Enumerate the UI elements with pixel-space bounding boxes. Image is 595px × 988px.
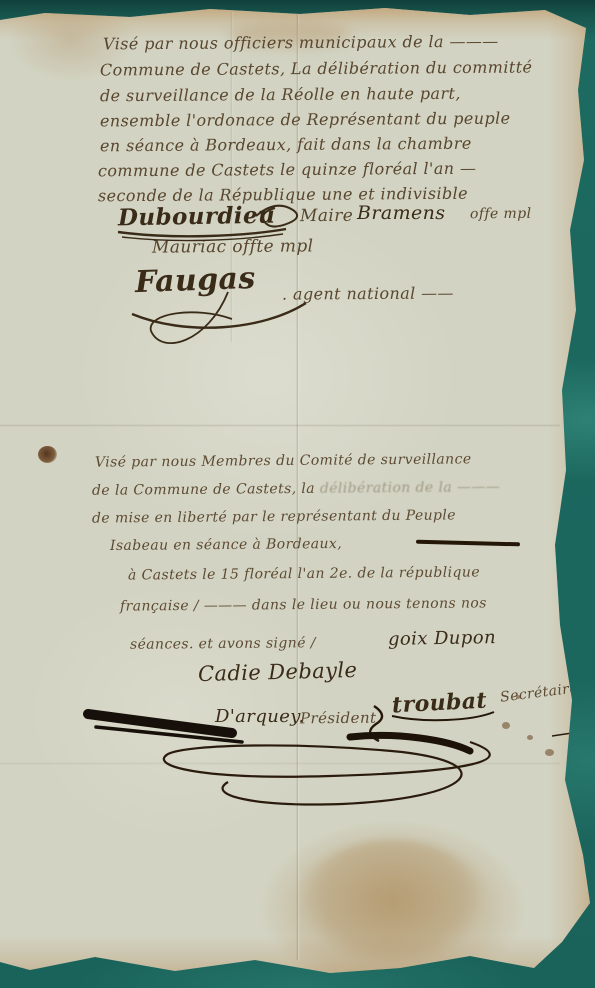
heavy-ink-stroke xyxy=(88,714,232,733)
signature-flourish xyxy=(132,303,306,328)
manuscript-line: Visé par nous officiers municipaux de la… xyxy=(103,32,499,54)
manuscript-line: à Castets le 15 floréal l'an 2e. de la r… xyxy=(128,564,480,583)
signature-cadie-debayle: Cadie Debayle xyxy=(198,658,358,686)
signature-flourish xyxy=(151,292,232,343)
signature-mauriac: Mauriac offte mpl xyxy=(152,236,314,257)
paraph-flourish-accent xyxy=(350,735,470,751)
manuscript-line: française / ——— dans le lieu ou nous ten… xyxy=(120,595,487,614)
manuscript-line: de la Commune de Castets, la délibératio… xyxy=(92,479,500,499)
manuscript-paper-sheet: Visé par nous officiers municipaux de la… xyxy=(0,0,595,988)
heavy-ink-dash xyxy=(416,540,520,547)
signature-faugas: Faugas xyxy=(134,261,256,300)
photo-of-manuscript: Visé par nous officiers municipaux de la… xyxy=(0,0,595,988)
signature-dubourdieu: Dubourdieu xyxy=(118,202,276,232)
ink-speck xyxy=(527,735,533,740)
horizontal-fold-crease xyxy=(0,424,560,427)
manuscript-line: de surveillance de la Réolle en haute pa… xyxy=(100,84,461,106)
manuscript-line: en séance à Bordeaux, fait dans la chamb… xyxy=(100,134,472,156)
manuscript-line: Commune de Castets, La délibération du c… xyxy=(100,57,532,79)
faded-erased-text: délibération de la ——— xyxy=(320,479,500,497)
signature-goix-dupon: goix Dupon xyxy=(388,627,496,650)
signature-title-maire: Maire xyxy=(300,206,353,226)
signature-darquey: D'arquey. xyxy=(215,706,305,727)
line-start: de la Commune de Castets, la xyxy=(92,481,320,499)
signature-title-officier-municipal: offe mpl xyxy=(470,206,532,222)
manuscript-line: Visé par nous Membres du Comité de surve… xyxy=(95,451,472,470)
signature-bramens: Bramens xyxy=(357,202,445,224)
ink-speck xyxy=(545,749,554,756)
ink-speck xyxy=(502,722,510,729)
manuscript-line: ensemble l'ordonace de Représentant du p… xyxy=(100,109,511,131)
ink-mark xyxy=(552,733,572,736)
manuscript-line: de mise en liberté par le représentant d… xyxy=(92,507,456,526)
heavy-ink-stroke xyxy=(96,727,242,742)
signature-troubat: troubat xyxy=(391,688,487,719)
signature-title-president: Président xyxy=(300,709,377,728)
ink-blot-spot xyxy=(38,446,57,463)
water-stain xyxy=(300,840,485,965)
manuscript-line: Isabeau en séance à Bordeaux, xyxy=(110,536,342,554)
horizontal-fold-crease xyxy=(0,762,560,765)
signature-title-agent-national: . agent national —— xyxy=(282,283,454,303)
paraph-flourish xyxy=(164,742,490,804)
manuscript-line: séances. et avons signé / xyxy=(130,635,316,653)
manuscript-line: commune de Castets le quinze floréal l'a… xyxy=(98,159,476,181)
signature-title-secretaire: Secrétaire xyxy=(499,680,578,705)
